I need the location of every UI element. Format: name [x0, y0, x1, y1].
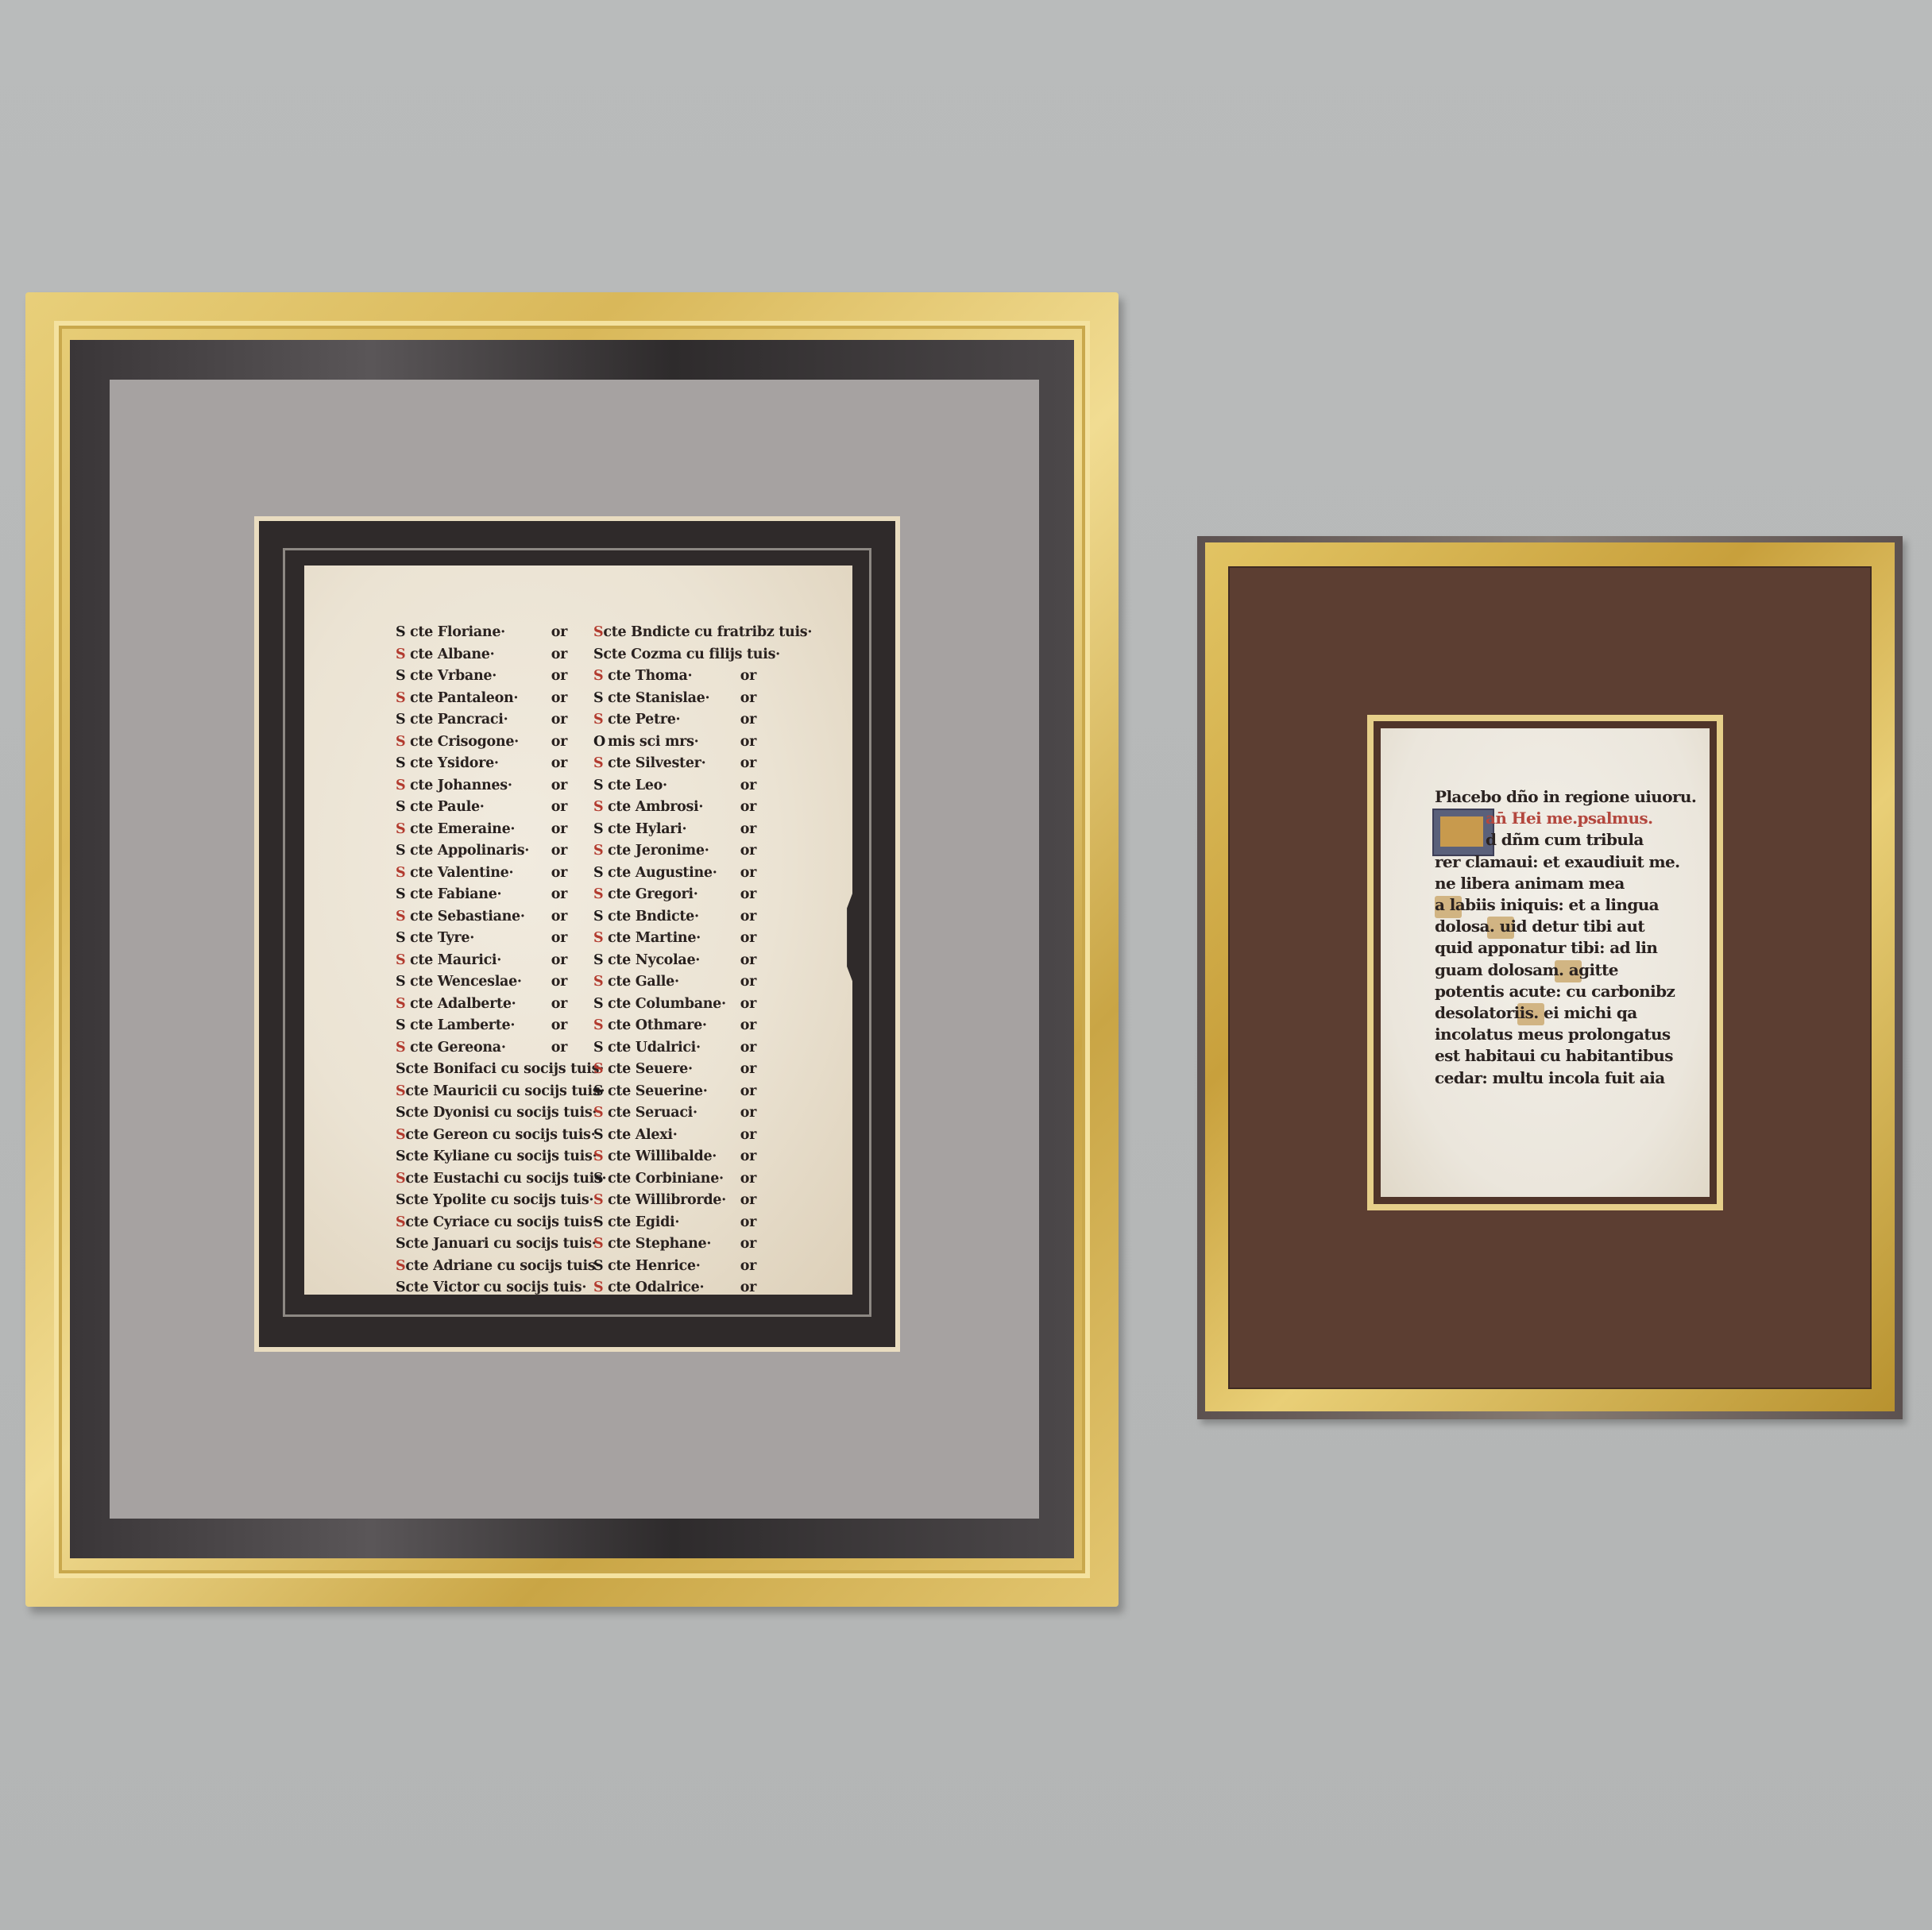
line-text: Placebo dño in regione uiuoru. [1435, 787, 1696, 806]
response-ora: or [548, 688, 567, 710]
saint-name: cte Seuere· [608, 1059, 737, 1081]
litany-entry: Scte Seuere·or [593, 1059, 756, 1081]
line-text: guam dolosam. agitte [1435, 960, 1618, 979]
litany-entry: Scte Lamberte·or [396, 1015, 567, 1037]
litany-entry: Scte Cozma cu filijs tuis· [593, 644, 756, 666]
saint-name: cte Silvester· [608, 753, 737, 775]
rubricated-initial: S [593, 1277, 608, 1299]
text-line: quid apponatur tibi: ad lin [1435, 937, 1673, 959]
saint-name: cte Cyriace cu socijs tuis· [405, 1212, 597, 1234]
text-line: ne libera animam mea [1435, 873, 1673, 894]
text-line: est habitaui cu habitantibus [1435, 1045, 1673, 1067]
saint-name: cte Stephane· [608, 1233, 737, 1256]
litany-entry: Scte Bndicte·or [593, 906, 756, 928]
litany-entry: Scte Corbiniane·or [593, 1168, 756, 1191]
line-text: cedar: multu incola fuit aia [1435, 1068, 1665, 1087]
text-line: rer clamaui: et exaudiuit me. [1435, 851, 1673, 873]
rubricated-initial: S [396, 928, 410, 950]
litany-entry: Scte Jeronime·or [593, 840, 756, 863]
litany-entry: Scte Kyliane cu socijs tuis· [396, 1146, 567, 1168]
litany-entry: Scte Appolinaris·or [396, 840, 567, 863]
response-ora: or [737, 863, 756, 885]
litany-entry: Scte Ambrosi·or [593, 797, 756, 819]
litany-entry: Scte Vrbane·or [396, 666, 567, 688]
litany-entry: Scte Victor cu socijs tuis· [396, 1277, 567, 1299]
rubricated-initial: S [396, 709, 410, 731]
text-line: desolatoriis. ei michi qa [1435, 1002, 1673, 1024]
rubricated-initial: S [396, 994, 410, 1016]
rubricated-initial: S [593, 994, 608, 1016]
rubricated-initial: S [593, 819, 608, 841]
rubricated-initial: S [396, 666, 410, 688]
saint-name: cte Gereon cu socijs tuis· [405, 1125, 595, 1147]
saint-name: cte Galle· [608, 971, 737, 994]
litany-entry: Scte Maurici·or [396, 950, 567, 972]
rubricated-initial: S [593, 840, 608, 863]
response-ora: or [737, 731, 756, 754]
saint-name: cte Pancraci· [410, 709, 548, 731]
saint-name: cte Bonifaci cu socijs tuis· [405, 1059, 604, 1081]
response-ora: or [548, 775, 567, 797]
litany-entry: Scte Nycolae·or [593, 950, 756, 972]
rubricated-initial: S [396, 797, 410, 819]
litany-entry: Scte Bonifaci cu socijs tuis· [396, 1059, 567, 1081]
response-ora: or [548, 906, 567, 928]
saint-name: cte Valentine· [410, 863, 548, 885]
response-ora: or [737, 1146, 756, 1168]
litany-entry: Scte Adriane cu socijs tuis· [396, 1256, 567, 1278]
rubric-text: psalmus. [1578, 809, 1653, 828]
litany-entry: Scte Columbane·or [593, 994, 756, 1016]
saint-name: cte Kyliane cu socijs tuis· [405, 1146, 597, 1168]
rubricated-initial: S [396, 863, 410, 885]
litany-entry: Scte Dyonisi cu socijs tuis· [396, 1102, 567, 1125]
line-text: potentis acute: cu carbonibz [1435, 982, 1675, 1001]
rubricated-initial: S [396, 906, 410, 928]
rubricated-initial: S [593, 1015, 608, 1037]
rubricated-initial: S [396, 1168, 405, 1191]
text-line: dolosa. uid detur tibi aut [1435, 916, 1673, 937]
response-ora: or [737, 1081, 756, 1103]
litany-entry: Scte Gereon cu socijs tuis· [396, 1125, 567, 1147]
text-line: Placebo dño in regione uiuoru. [1435, 786, 1673, 808]
response-ora: or [737, 1102, 756, 1125]
response-ora: or [737, 797, 756, 819]
saint-name: cte Floriane· [410, 622, 548, 644]
rubricated-initial: S [396, 971, 410, 994]
litany-entry: Scte Seuerine·or [593, 1081, 756, 1103]
litany-column-2: Scte Bndicte cu fratribz tuis·Scte Cozma… [593, 622, 756, 1299]
rubricated-initial: S [396, 1233, 405, 1256]
litany-entry: Scte Paule·or [396, 797, 567, 819]
line-text: dolosa. uid detur tibi aut [1435, 917, 1644, 936]
saint-name: cte Appolinaris· [410, 840, 548, 863]
litany-entry: Scte Ysidore·or [396, 753, 567, 775]
saint-name: cte Crisogone· [410, 731, 548, 754]
response-ora: or [737, 950, 756, 972]
saint-name: cte Henrice· [608, 1256, 737, 1278]
rubricated-initial: S [396, 644, 410, 666]
rubricated-initial: S [593, 622, 603, 644]
saint-name: cte Seruaci· [608, 1102, 737, 1125]
response-ora: or [737, 1059, 756, 1081]
line-text: quid apponatur tibi: ad lin [1435, 938, 1657, 957]
rubricated-initial: S [396, 819, 410, 841]
rubricated-initial: S [593, 1037, 608, 1060]
litany-entry: Scte Silvester·or [593, 753, 756, 775]
response-ora: or [548, 731, 567, 754]
response-ora: or [737, 775, 756, 797]
litany-entry: Scte Othmare·or [593, 1015, 756, 1037]
saint-name: cte Ypolite cu socijs tuis· [405, 1190, 593, 1212]
line-text: est habitaui cu habitantibus [1435, 1046, 1673, 1065]
rubricated-initial: S [593, 753, 608, 775]
saint-name: cte Udalrici· [608, 1037, 737, 1060]
rubricated-initial: S [396, 1212, 405, 1234]
litany-entry: Scte Valentine·or [396, 863, 567, 885]
rubricated-initial: S [593, 1190, 608, 1212]
litany-entry: Scte Hylari·or [593, 819, 756, 841]
saint-name: cte Columbane· [608, 994, 737, 1016]
line-text: a labiis iniquis: et a lingua [1435, 895, 1659, 914]
litany-entry: Scte Alexi·or [593, 1125, 756, 1147]
saint-name: cte Cozma cu filijs tuis· [603, 644, 780, 666]
rubricated-initial: S [593, 950, 608, 972]
litany-entry: Scte Ypolite cu socijs tuis· [396, 1190, 567, 1212]
saint-name: cte Maurici· [410, 950, 548, 972]
text-line: potentis acute: cu carbonibz [1435, 981, 1673, 1002]
saint-name: cte Corbiniane· [608, 1168, 737, 1191]
saint-name: cte Thoma· [608, 666, 737, 688]
rubricated-initial: S [396, 775, 410, 797]
text-line: an̄ Hei me.psalmus. [1435, 808, 1673, 829]
rubricated-initial: S [396, 1277, 405, 1299]
response-ora: or [548, 950, 567, 972]
saint-name: cte Sebastiane· [410, 906, 548, 928]
rubricated-initial: S [396, 884, 410, 906]
saint-name: cte Gereona· [410, 1037, 548, 1060]
saint-name: cte Adriane cu socijs tuis· [405, 1256, 600, 1278]
response-ora: or [737, 753, 756, 775]
rubricated-initial: S [396, 1256, 405, 1278]
rubricated-initial: S [593, 1168, 608, 1191]
litany-entry: Scte Mauricii cu socijs tuis· [396, 1081, 567, 1103]
saint-name: cte Bndicte cu fratribz tuis· [603, 622, 812, 644]
saint-name: cte Othmare· [608, 1015, 737, 1037]
rubricated-initial: S [593, 1212, 608, 1234]
rubricated-initial: S [396, 1081, 405, 1103]
litany-entry: Scte Henrice·or [593, 1256, 756, 1278]
saint-name: cte Tyre· [410, 928, 548, 950]
litany-entry: Omis sci mrs·or [593, 731, 756, 754]
rubricated-initial: O [593, 731, 608, 754]
saint-name: cte Januari cu socijs tuis· [405, 1233, 596, 1256]
saint-name: cte Jeronime· [608, 840, 737, 863]
response-ora: or [737, 1037, 756, 1060]
litany-entry: Scte Stanislae·or [593, 688, 756, 710]
text-line: cedar: multu incola fuit aia [1435, 1067, 1673, 1089]
line-text: rer clamaui: et exaudiuit me. [1435, 852, 1680, 871]
response-ora: or [548, 840, 567, 863]
rubricated-initial: S [593, 1233, 608, 1256]
litany-entry: Scte Leo·or [593, 775, 756, 797]
saint-name: cte Mauricii cu socijs tuis· [405, 1081, 605, 1103]
saint-name: cte Fabiane· [410, 884, 548, 906]
saint-name: cte Vrbane· [410, 666, 548, 688]
response-ora: or [548, 666, 567, 688]
saint-name: cte Willibalde· [608, 1146, 737, 1168]
rubricated-initial: S [396, 753, 410, 775]
text-line: incolatus meus prolongatus [1435, 1024, 1673, 1045]
response-ora: or [737, 840, 756, 863]
response-ora: or [737, 688, 756, 710]
response-ora: or [548, 1037, 567, 1060]
rubricated-initial: S [593, 906, 608, 928]
response-ora: or [737, 1256, 756, 1278]
response-ora: or [548, 709, 567, 731]
litany-entry: Scte Pancraci·or [396, 709, 567, 731]
saint-name: cte Martine· [608, 928, 737, 950]
saint-name: cte Egidi· [608, 1212, 737, 1234]
litany-entry: Scte Stephane·or [593, 1233, 756, 1256]
response-ora: or [737, 1233, 756, 1256]
saint-name: cte Alexi· [608, 1125, 737, 1147]
text-line: a labiis iniquis: et a lingua [1435, 894, 1673, 916]
text-line: guam dolosam. agitte [1435, 959, 1673, 981]
litany-entry: Scte Fabiane·or [396, 884, 567, 906]
saint-name: cte Victor cu socijs tuis· [405, 1277, 586, 1299]
rubricated-initial: S [593, 1256, 608, 1278]
rubricated-initial: S [396, 1015, 410, 1037]
saint-name: cte Albane· [410, 644, 548, 666]
rubricated-initial: S [593, 1059, 608, 1081]
rubricated-initial: S [593, 928, 608, 950]
saint-name: cte Gregori· [608, 884, 737, 906]
book-of-hours-text: Placebo dño in regione uiuoru. an̄ Hei m… [1435, 786, 1673, 1089]
rubricated-initial: S [593, 1125, 608, 1147]
litany-entry: Scte Udalrici·or [593, 1037, 756, 1060]
response-ora: or [737, 1277, 756, 1299]
response-ora: or [737, 1190, 756, 1212]
rubricated-initial: S [396, 1190, 405, 1212]
rubricated-initial: S [593, 1081, 608, 1103]
saint-name: cte Hylari· [608, 819, 737, 841]
response-ora: or [548, 928, 567, 950]
litany-entry: Scte Albane·or [396, 644, 567, 666]
response-ora: or [548, 819, 567, 841]
litany-entry: Scte Crisogone·or [396, 731, 567, 754]
rubricated-initial: S [396, 1037, 410, 1060]
litany-column-1: Scte Floriane·orScte Albane·orScte Vrban… [396, 622, 567, 1299]
response-ora: or [737, 1212, 756, 1234]
line-text: d dñm cum tribula [1435, 830, 1644, 849]
saint-name: cte Augustine· [608, 863, 737, 885]
response-ora: or [737, 906, 756, 928]
litany-entry: Scte Tyre·or [396, 928, 567, 950]
litany-entry: Scte Cyriace cu socijs tuis· [396, 1212, 567, 1234]
litany-entry: Scte Augustine·or [593, 863, 756, 885]
line-text: an̄ Hei me. [1435, 809, 1578, 828]
line-text: desolatoriis. ei michi qa [1435, 1003, 1637, 1022]
saint-name: cte Paule· [410, 797, 548, 819]
saint-name: cte Pantaleon· [410, 688, 548, 710]
rubricated-initial: S [593, 775, 608, 797]
response-ora: or [737, 1015, 756, 1037]
rubricated-initial: S [593, 971, 608, 994]
saint-name: cte Petre· [608, 709, 737, 731]
litany-entry: Scte Egidi·or [593, 1212, 756, 1234]
line-text: ne libera animam mea [1435, 874, 1625, 893]
litany-entry: Scte Johannes·or [396, 775, 567, 797]
response-ora: or [737, 666, 756, 688]
litany-entry: Scte Martine·or [593, 928, 756, 950]
litany-entry: Scte Sebastiane·or [396, 906, 567, 928]
rubricated-initial: S [396, 1102, 405, 1125]
response-ora: or [548, 971, 567, 994]
litany-entry: Scte Pantaleon·or [396, 688, 567, 710]
response-ora: or [737, 884, 756, 906]
saint-name: cte Bndicte· [608, 906, 737, 928]
response-ora: or [548, 753, 567, 775]
litany-entry: Scte Odalrice·or [593, 1277, 756, 1299]
litany-entry: Scte Gereona·or [396, 1037, 567, 1060]
rubricated-initial: S [396, 731, 410, 754]
saint-name: cte Emeraine· [410, 819, 548, 841]
litany-entry: Scte Seruaci·or [593, 1102, 756, 1125]
rubricated-initial: S [396, 622, 410, 644]
response-ora: or [548, 644, 567, 666]
saint-name: cte Leo· [608, 775, 737, 797]
response-ora: or [737, 819, 756, 841]
rubricated-initial: S [593, 797, 608, 819]
litany-entry: Scte Adalberte·or [396, 994, 567, 1016]
litany-entry: Scte Thoma·or [593, 666, 756, 688]
response-ora: or [548, 863, 567, 885]
rubricated-initial: S [593, 644, 603, 666]
litany-entry: Scte Willibalde·or [593, 1146, 756, 1168]
rubricated-initial: S [593, 1102, 608, 1125]
saint-name: mis sci mrs· [608, 731, 737, 754]
response-ora: or [548, 884, 567, 906]
saint-name: cte Eustachi cu socijs tuis· [405, 1168, 606, 1191]
response-ora: or [737, 1168, 756, 1191]
rubricated-initial: S [396, 950, 410, 972]
litany-entry: Scte Bndicte cu fratribz tuis· [593, 622, 756, 644]
litany-entry: Scte Gregori·or [593, 884, 756, 906]
text-line: d dñm cum tribula [1435, 829, 1673, 851]
saint-name: cte Lamberte· [410, 1015, 548, 1037]
saint-name: cte Dyonisi cu socijs tuis· [405, 1102, 597, 1125]
rubricated-initial: S [396, 1125, 405, 1147]
saint-name: cte Stanislae· [608, 688, 737, 710]
saint-name: cte Adalberte· [410, 994, 548, 1016]
litany-entry: Scte Willibrorde·or [593, 1190, 756, 1212]
litany-entry: Scte Wenceslae·or [396, 971, 567, 994]
rubricated-initial: S [396, 840, 410, 863]
saint-name: cte Johannes· [410, 775, 548, 797]
rubricated-initial: S [593, 688, 608, 710]
litany-entry: Scte Eustachi cu socijs tuis· [396, 1168, 567, 1191]
saint-name: cte Ysidore· [410, 753, 548, 775]
saint-name: cte Wenceslae· [410, 971, 548, 994]
rubricated-initial: S [593, 709, 608, 731]
rubricated-initial: S [396, 688, 410, 710]
litany-entry: Scte Galle·or [593, 971, 756, 994]
response-ora: or [737, 971, 756, 994]
rubricated-initial: S [593, 884, 608, 906]
litany-entry: Scte Petre·or [593, 709, 756, 731]
line-text: incolatus meus prolongatus [1435, 1025, 1671, 1044]
saint-name: cte Seuerine· [608, 1081, 737, 1103]
rubricated-initial: S [593, 863, 608, 885]
saint-name: cte Nycolae· [608, 950, 737, 972]
response-ora: or [737, 709, 756, 731]
rubricated-initial: S [396, 1059, 405, 1081]
saint-name: cte Odalrice· [608, 1277, 737, 1299]
response-ora: or [737, 928, 756, 950]
response-ora: or [548, 622, 567, 644]
rubricated-initial: S [396, 1146, 405, 1168]
response-ora: or [737, 994, 756, 1016]
response-ora: or [737, 1125, 756, 1147]
response-ora: or [548, 994, 567, 1016]
response-ora: or [548, 797, 567, 819]
rubricated-initial: S [593, 666, 608, 688]
litany-entry: Scte Emeraine·or [396, 819, 567, 841]
litany-entry: Scte Floriane·or [396, 622, 567, 644]
saint-name: cte Willibrorde· [608, 1190, 737, 1212]
saint-name: cte Ambrosi· [608, 797, 737, 819]
rubricated-initial: S [593, 1146, 608, 1168]
litany-entry: Scte Januari cu socijs tuis· [396, 1233, 567, 1256]
response-ora: or [548, 1015, 567, 1037]
